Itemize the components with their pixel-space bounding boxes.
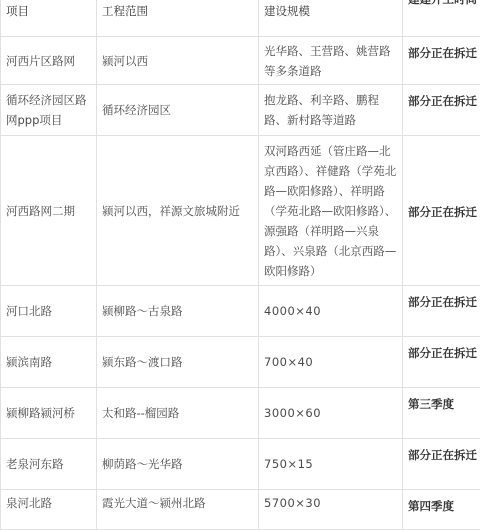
cell-scale: 700×40 — [259, 337, 403, 388]
cell-project: 循环经济园区路网ppp项目 — [1, 85, 97, 136]
cell-status: 部分正在拆迁 — [403, 85, 480, 136]
header-scope-label: 工程范围 — [102, 4, 148, 18]
cell-scale: 750×15 — [259, 439, 403, 481]
cell-project: 老泉河东路 — [1, 439, 97, 481]
cell-status: 部分正在拆迁 — [403, 136, 480, 286]
cell-project: 河西路网二期 — [1, 136, 97, 286]
header-scale: 建设规模 — [259, 0, 403, 37]
header-time-label: 建建开工时间 — [408, 0, 480, 9]
table-row: 颍滨南路 颍东路～渡口路 700×40 部分正在拆迁 — [1, 337, 480, 388]
cell-scale: 双河路西延（管庄路—北京西路）、祥健路（学苑北路—欧阳修路）、祥明路（学苑北路—… — [259, 136, 403, 286]
header-project-label: 项目 — [6, 4, 29, 18]
header-project: 项目 — [1, 0, 97, 37]
table-row: 循环经济园区路网ppp项目 循环经济园区 抱龙路、利辛路、鹏程路、新村路等道路 … — [1, 85, 480, 136]
cell-status: 部分正在拆迁 — [403, 37, 480, 85]
table-row: 河口北路 颍柳路～古泉路 4000×40 部分正在拆迁 — [1, 286, 480, 337]
cell-status: 部分正在拆迁 — [403, 439, 480, 481]
table-row: 颍柳路颍河桥 太和路--榴园路 3000×60 第三季度 — [1, 388, 480, 439]
cell-scope: 颍柳路～古泉路 — [97, 286, 259, 337]
cell-scope: 太和路--榴园路 — [97, 388, 259, 439]
cell-project: 颍滨南路 — [1, 337, 97, 388]
table-row: 河西片区路网 颍河以西 光华路、王营路、姚营路等多条道路 部分正在拆迁 — [1, 37, 480, 85]
cell-scope: 颍河以西 — [97, 37, 259, 85]
cell-scope: 颍河以西，祥源文旅城附近 — [97, 136, 259, 286]
header-scope: 工程范围 — [97, 0, 259, 37]
road-projects-table: 项目 工程范围 建设规模 建建开工时间 河西片区路网 颍河以西 光华路、王营路、… — [0, 0, 480, 480]
table-row: 河西路网二期 颍河以西，祥源文旅城附近 双河路西延（管庄路—北京西路）、祥健路（… — [1, 136, 480, 286]
cell-status: 部分正在拆迁 — [403, 337, 480, 388]
cell-scale: 3000×60 — [259, 388, 403, 439]
cell-scope: 颍东路～渡口路 — [97, 337, 259, 388]
cell-scope: 柳荫路～光华路 — [97, 439, 259, 481]
table-header-row: 项目 工程范围 建设规模 建建开工时间 — [1, 0, 480, 37]
cell-status: 第三季度 — [403, 388, 480, 439]
cell-status: 部分正在拆迁 — [403, 286, 480, 337]
header-time: 建建开工时间 — [403, 0, 480, 37]
cell-project: 河西片区路网 — [1, 37, 97, 85]
cell-project: 河口北路 — [1, 286, 97, 337]
cell-scale: 抱龙路、利辛路、鹏程路、新村路等道路 — [259, 85, 403, 136]
cell-project: 颍柳路颍河桥 — [1, 388, 97, 439]
header-scale-label: 建设规模 — [264, 4, 310, 18]
cell-scale: 光华路、王营路、姚营路等多条道路 — [259, 37, 403, 85]
table-row: 老泉河东路 柳荫路～光华路 750×15 部分正在拆迁 — [1, 439, 480, 481]
project-table-container: 项目 工程范围 建设规模 建建开工时间 河西片区路网 颍河以西 光华路、王营路、… — [0, 0, 480, 480]
cell-scope: 循环经济园区 — [97, 85, 259, 136]
cell-scale: 4000×40 — [259, 286, 403, 337]
